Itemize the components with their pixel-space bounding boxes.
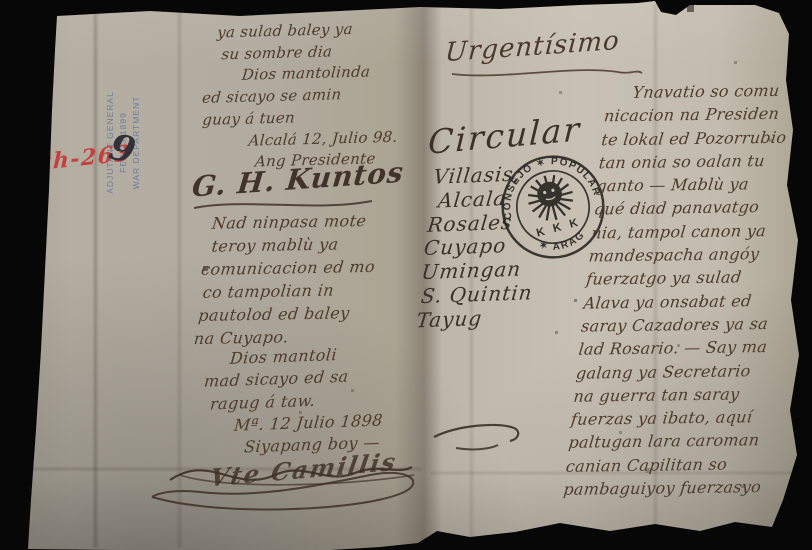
manuscript-line: saray Cazadores ya sa	[580, 311, 811, 338]
urgency-header: Urgentísimo	[444, 26, 621, 68]
manuscript-line: fuerzatgo ya sulad	[585, 265, 812, 292]
manuscript-paper: ADJUTANT GENERAL FEB 23 1899 WAR DEPARTM…	[0, 0, 812, 550]
final-signature-flourish	[140, 445, 450, 523]
manuscript-line: te lokal ed Pozorrubio	[600, 125, 812, 152]
manuscript-line: Alava ya onsabat ed	[582, 288, 812, 315]
manuscript-line: lad Rosario. — Say ma	[577, 335, 808, 362]
urgency-underline-flourish	[448, 64, 648, 82]
right-body-block: Ynavatio so comu nicacion na Presiden te…	[562, 78, 812, 501]
manuscript-line: qué diad panavatgo	[593, 195, 812, 222]
town-name: S. Quintin	[418, 281, 534, 309]
left-closing-block: Dios mantoli mad sicayo ed sa ragug á ta…	[191, 341, 431, 461]
left-body-block: Nad ninpasa mote teroy mablù ya comunica…	[189, 208, 433, 350]
manuscript-line: tan onia so oalan tu	[598, 148, 812, 175]
left-opening-block: ya sulad baley ya su sombre dia Dios man…	[190, 17, 432, 175]
manuscript-line: Ynavatio so comu	[605, 78, 812, 105]
manuscript-line: na guerra tan saray	[572, 381, 803, 408]
photo-canvas: ADJUTANT GENERAL FEB 23 1899 WAR DEPARTM…	[0, 0, 812, 550]
manuscript-line: nicacion na Presiden	[603, 101, 812, 128]
manuscript-line: nia, tampol canon ya	[590, 218, 812, 245]
paper-specks	[0, 0, 1, 1]
manuscript-line: canian Capilitan so	[565, 451, 796, 478]
manuscript-line: fuerzas ya ibato, aquí	[570, 405, 801, 432]
dash-separator	[428, 415, 528, 460]
manuscript-line: pambaguiyoy fuerzasyo	[562, 475, 793, 502]
manuscript-line: galang ya Secretario	[575, 358, 806, 385]
manuscript-line: ganto — Mablù ya	[595, 171, 812, 198]
manuscript-line: mandespacha angóy	[588, 241, 812, 268]
manuscript-line: paltugan lara caroman	[567, 428, 798, 455]
town-name: Tayug	[415, 305, 531, 333]
